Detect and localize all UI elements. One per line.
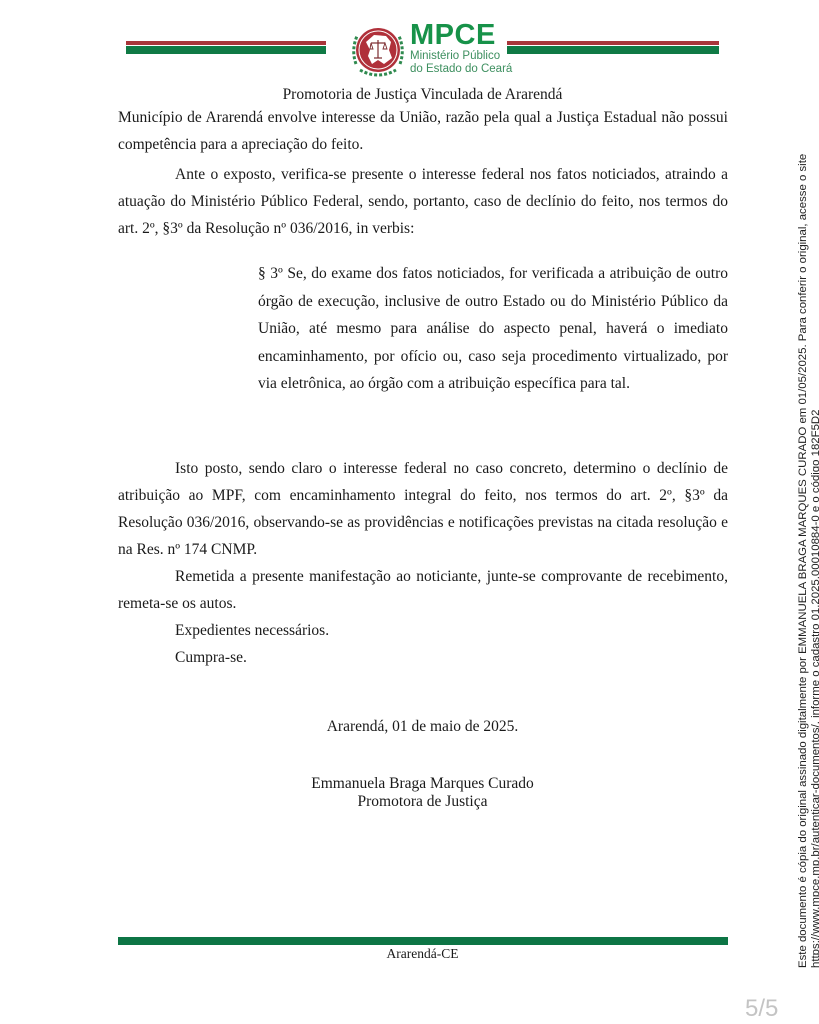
logo-subtitle-line2: do Estado do Ceará [410,63,512,76]
header-red-line-right [507,41,719,45]
paragraph-4: Remetida a presente manifestação ao noti… [118,563,728,617]
paragraph-5: Expedientes necessários. [118,617,728,644]
mpce-logo: MPCE Ministério Público do Estado do Cea… [348,20,523,82]
logo-acronym: MPCE [410,20,512,50]
footer-city: Ararendá-CE [0,946,819,962]
footer-green-bar [118,937,728,945]
header-green-line-right [507,46,719,54]
logo-subtitle-line1: Ministério Público [410,50,512,63]
digital-signature-stamp: Este documento é cópia do original assin… [797,154,819,968]
signer-name: Emmanuela Braga Marques Curado [0,775,819,793]
stamp-line-2: https://www.mpce.mp.br/autenticar-docume… [810,154,819,968]
document-body: Município de Ararendá envolve interesse … [118,104,728,242]
promotoria-heading: Promotoria de Justiça Vinculada de Arare… [0,86,819,104]
scales-of-justice-emblem-icon [348,20,408,80]
paragraph-3: Isto posto, sendo claro o interesse fede… [118,455,728,563]
header-red-line-left [126,41,326,45]
paragraph-2: Ante o exposto, verifica-se presente o i… [118,161,728,242]
legal-citation-quote: § 3º Se, do exame dos fatos noticiados, … [258,260,728,398]
paragraph-1: Município de Ararendá envolve interesse … [118,104,728,158]
place-and-date: Ararendá, 01 de maio de 2025. [0,718,819,736]
page-indicator: 5/5 [745,995,778,1023]
header-green-line-left [126,46,326,54]
document-body-continued: Isto posto, sendo claro o interesse fede… [118,455,728,671]
signer-title: Promotora de Justiça [0,793,819,811]
paragraph-6: Cumpra-se. [118,644,728,671]
stamp-line-1: Este documento é cópia do original assin… [797,154,810,968]
